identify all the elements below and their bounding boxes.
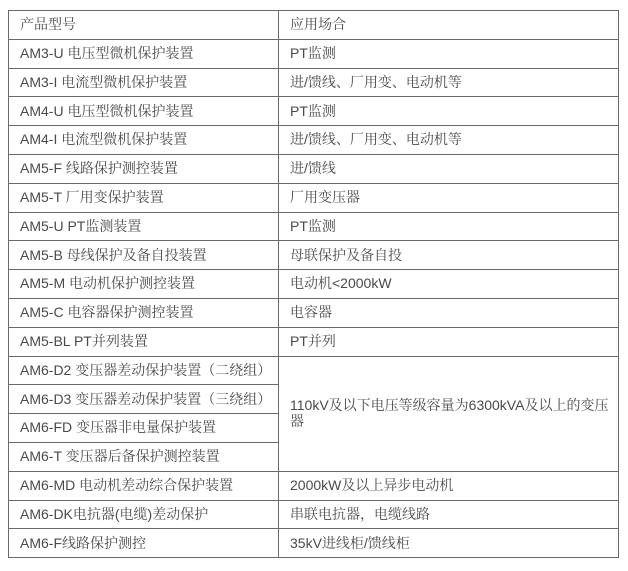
application-cell: PT监测 — [279, 39, 619, 68]
application-cell: 进/馈线 — [279, 154, 619, 183]
table-row: AM6-MD 电动机差动综合保护装置 2000kW及以上异步电动机 — [9, 471, 619, 500]
application-cell: 串联电抗器，电缆线路 — [279, 500, 619, 529]
table-row: AM5-T 厂用变保护装置 厂用变压器 — [9, 183, 619, 212]
products-table: 产品型号 应用场合 AM3-U 电压型微机保护装置 PT监测 AM3-I 电流型… — [8, 10, 619, 558]
model-cell: AM4-U 电压型微机保护装置 — [9, 97, 279, 126]
model-cell: AM6-D2 变压器差动保护装置（二绕组） — [9, 356, 279, 385]
table-row: AM3-U 电压型微机保护装置 PT监测 — [9, 39, 619, 68]
table-header-row: 产品型号 应用场合 — [9, 11, 619, 40]
application-cell: 厂用变压器 — [279, 183, 619, 212]
application-cell: 电动机<2000kW — [279, 270, 619, 299]
application-cell: 进/馈线、厂用变、电动机等 — [279, 68, 619, 97]
table-row: AM4-U 电压型微机保护装置 PT监测 — [9, 97, 619, 126]
table-row: AM5-C 电容器保护测控装置 电容器 — [9, 298, 619, 327]
table-row: AM5-F 线路保护测控装置 进/馈线 — [9, 154, 619, 183]
application-cell: 35kV进线柜/馈线柜 — [279, 529, 619, 558]
table-row: AM6-DK电抗器(电缆)差动保护 串联电抗器，电缆线路 — [9, 500, 619, 529]
model-cell: AM6-D3 变压器差动保护装置（三绕组） — [9, 385, 279, 414]
application-cell: PT并列 — [279, 327, 619, 356]
application-cell: 电容器 — [279, 298, 619, 327]
model-cell: AM6-MD 电动机差动综合保护装置 — [9, 471, 279, 500]
table-row: AM6-D2 变压器差动保护装置（二绕组） 110kV及以下电压等级容量为630… — [9, 356, 619, 385]
merged-application-cell: 110kV及以下电压等级容量为6300kVA及以上的变压器 — [279, 356, 619, 471]
model-cell: AM5-T 厂用变保护装置 — [9, 183, 279, 212]
table-row: AM5-B 母线保护及备自投装置 母联保护及备自投 — [9, 241, 619, 270]
model-cell: AM4-I 电流型微机保护装置 — [9, 126, 279, 155]
table-row: AM4-I 电流型微机保护装置 进/馈线、厂用变、电动机等 — [9, 126, 619, 155]
table-row: AM5-M 电动机保护测控装置 电动机<2000kW — [9, 270, 619, 299]
header-product-model: 产品型号 — [9, 11, 279, 40]
table-row: AM5-U PT监测装置 PT监测 — [9, 212, 619, 241]
model-cell: AM5-C 电容器保护测控装置 — [9, 298, 279, 327]
model-cell: AM5-F 线路保护测控装置 — [9, 154, 279, 183]
model-cell: AM6-DK电抗器(电缆)差动保护 — [9, 500, 279, 529]
page: 产品型号 应用场合 AM3-U 电压型微机保护装置 PT监测 AM3-I 电流型… — [0, 0, 628, 571]
model-cell: AM5-BL PT并列装置 — [9, 327, 279, 356]
application-cell: PT监测 — [279, 212, 619, 241]
model-cell: AM5-M 电动机保护测控装置 — [9, 270, 279, 299]
model-cell: AM6-FD 变压器非电量保护装置 — [9, 414, 279, 443]
application-cell: PT监测 — [279, 97, 619, 126]
model-cell: AM6-T 变压器后备保护测控装置 — [9, 442, 279, 471]
application-cell: 母联保护及备自投 — [279, 241, 619, 270]
header-application: 应用场合 — [279, 11, 619, 40]
model-cell: AM3-I 电流型微机保护装置 — [9, 68, 279, 97]
model-cell: AM3-U 电压型微机保护装置 — [9, 39, 279, 68]
table-row: AM5-BL PT并列装置 PT并列 — [9, 327, 619, 356]
application-cell: 进/馈线、厂用变、电动机等 — [279, 126, 619, 155]
table-row: AM3-I 电流型微机保护装置 进/馈线、厂用变、电动机等 — [9, 68, 619, 97]
model-cell: AM6-F线路保护测控 — [9, 529, 279, 558]
model-cell: AM5-B 母线保护及备自投装置 — [9, 241, 279, 270]
table-row: AM6-F线路保护测控 35kV进线柜/馈线柜 — [9, 529, 619, 558]
application-cell: 2000kW及以上异步电动机 — [279, 471, 619, 500]
model-cell: AM5-U PT监测装置 — [9, 212, 279, 241]
